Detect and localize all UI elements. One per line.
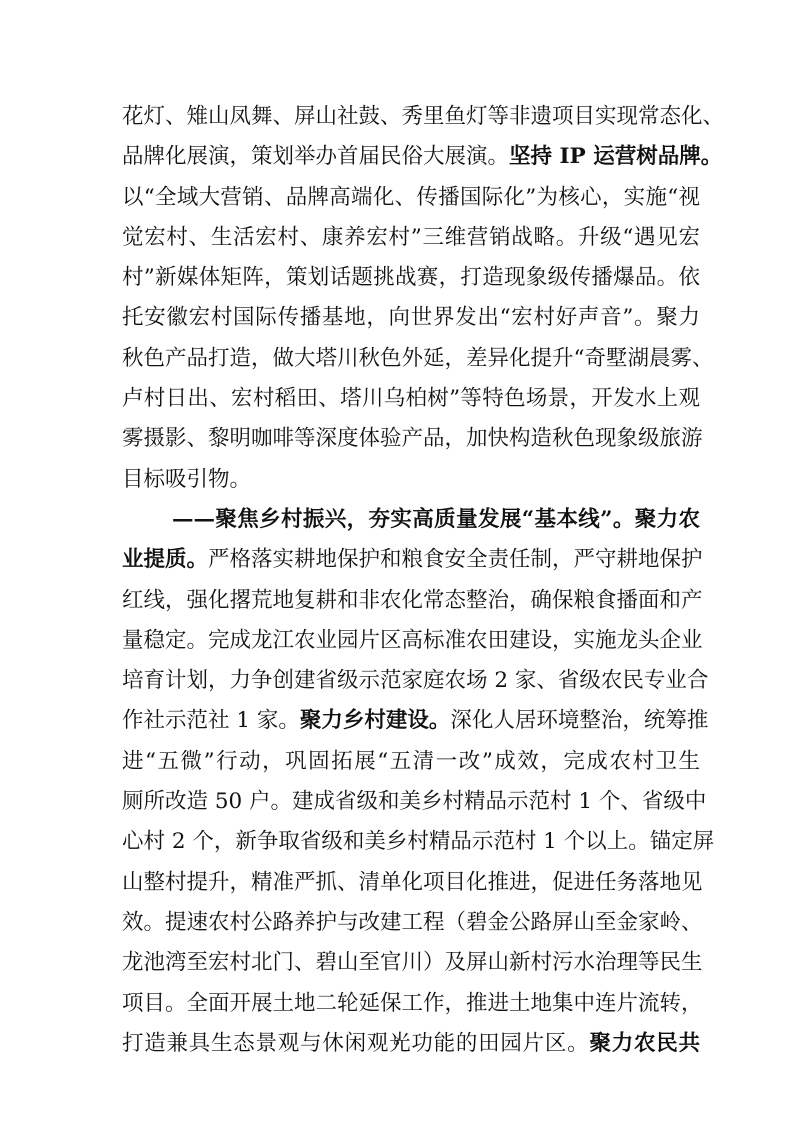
body-text: 量稳定。完成龙江农业园片区高标准农田建设，实施龙头企业 [122, 628, 703, 653]
text-line: 村”新媒体矩阵，策划话题挑战赛，打造现象级传播爆品。依 [122, 258, 700, 298]
text-line: 卢村日出、宏村稻田、塔川乌柏树”等特色场景，开发水上观 [122, 379, 700, 419]
body-text: 品牌化展演，策划举办首届民俗大展演。 [122, 144, 509, 169]
text-line: 培育计划，力争创建省级示范家庭农场 2 家、省级农民专业合 [122, 661, 700, 701]
text-line: ——聚焦乡村振兴，夯实高质量发展“基本线”。聚力农 [122, 500, 700, 540]
text-line: 厕所改造 50 户。建成省级和美乡村精品示范村 1 个、省级中 [122, 782, 700, 822]
text-line: 秋色产品打造，做大塔川秋色外延，差异化提升“奇墅湖晨雾、 [122, 339, 700, 379]
text-line: 以“全域大营销、品牌高端化、传播国际化”为核心，实施“视 [122, 178, 700, 218]
body-text: 厕所改造 50 户。建成省级和美乡村精品示范村 1 个、省级中 [122, 789, 706, 814]
body-text: 村”新媒体矩阵，策划话题挑战赛，打造现象级传播爆品。依 [122, 265, 700, 290]
text-line: 进“五微”行动，巩固拓展“五清一改”成效，完成农村卫生 [122, 742, 700, 782]
bold-heading-text: 业提质。 [122, 547, 208, 572]
text-line: 山整村提升，精准严抓、清单化项目化推进，促进任务落地见 [122, 863, 700, 903]
bold-heading-text: 坚持 IP 运营树品牌。 [509, 144, 722, 169]
document-page: 花灯、雉山凤舞、屏山社鼓、秀里鱼灯等非遗项目实现常态化、品牌化展演，策划举办首届… [0, 0, 793, 1122]
text-line: 效。提速农村公路养护与改建工程（碧金公路屏山至金家岭、 [122, 903, 700, 943]
text-line: 雾摄影、黎明咖啡等深度体验产品，加快构造秋色现象级旅游 [122, 419, 700, 459]
body-text: 严格落实耕地保护和粮食安全责任制，严守耕地保护 [208, 547, 703, 572]
body-text: 以“全域大营销、品牌高端化、传播国际化”为核心，实施“视 [122, 185, 700, 210]
text-line: 业提质。严格落实耕地保护和粮食安全责任制，严守耕地保护 [122, 540, 700, 580]
body-text: 效。提速农村公路养护与改建工程（碧金公路屏山至金家岭、 [122, 910, 703, 935]
text-line: 心村 2 个，新争取省级和美乡村精品示范村 1 个以上。锚定屏 [122, 822, 700, 862]
body-text: 托安徽宏村国际传播基地，向世界发出“宏村好声音”。聚力 [122, 305, 700, 330]
bold-heading-text: ——聚焦乡村振兴，夯实高质量发展“基本线”。聚力农 [172, 507, 700, 532]
body-text: 卢村日出、宏村稻田、塔川乌柏树”等特色场景，开发水上观 [122, 386, 700, 411]
text-line: 作社示范社 1 家。聚力乡村建设。深化人居环境整治，统筹推 [122, 701, 700, 741]
document-body: 花灯、雉山凤舞、屏山社鼓、秀里鱼灯等非遗项目实现常态化、品牌化展演，策划举办首届… [122, 97, 700, 1064]
body-text: 项目。全面开展土地二轮延保工作，推进土地集中连片流转， [122, 991, 703, 1016]
body-text: 红线，强化撂荒地复耕和非农化常态整治，确保粮食播面和产 [122, 588, 703, 613]
text-line: 目标吸引物。 [122, 460, 700, 500]
body-text: 进“五微”行动，巩固拓展“五清一改”成效，完成农村卫生 [122, 749, 700, 774]
body-text: 心村 2 个，新争取省级和美乡村精品示范村 1 个以上。锚定屏 [122, 829, 714, 854]
body-text: 雾摄影、黎明咖啡等深度体验产品，加快构造秋色现象级旅游 [122, 426, 703, 451]
body-text: 秋色产品打造，做大塔川秋色外延，差异化提升“奇墅湖晨雾、 [122, 346, 714, 371]
body-text: 作社示范社 1 家。 [122, 708, 300, 733]
body-text: 目标吸引物。 [122, 467, 251, 492]
bold-heading-text: 聚力乡村建设。 [300, 708, 451, 733]
page-number: 8 [0, 1034, 793, 1049]
text-line: 项目。全面开展土地二轮延保工作，推进土地集中连片流转， [122, 984, 700, 1024]
text-line: 托安徽宏村国际传播基地，向世界发出“宏村好声音”。聚力 [122, 298, 700, 338]
body-text: 花灯、雉山凤舞、屏山社鼓、秀里鱼灯等非遗项目实现常态化、 [122, 104, 724, 129]
text-line: 品牌化展演，策划举办首届民俗大展演。坚持 IP 运营树品牌。 [122, 137, 700, 177]
text-line: 花灯、雉山凤舞、屏山社鼓、秀里鱼灯等非遗项目实现常态化、 [122, 97, 700, 137]
body-text: 觉宏村、生活宏村、康养宏村”三维营销战略。升级“遇见宏 [122, 225, 700, 250]
body-text: 深化人居环境整治，统筹推 [450, 708, 708, 733]
text-line: 觉宏村、生活宏村、康养宏村”三维营销战略。升级“遇见宏 [122, 218, 700, 258]
text-line: 龙池湾至宏村北门、碧山至官川）及屏山新村污水治理等民生 [122, 943, 700, 983]
body-text: 山整村提升，精准严抓、清单化项目化推进，促进任务落地见 [122, 870, 703, 895]
text-line: 量稳定。完成龙江农业园片区高标准农田建设，实施龙头企业 [122, 621, 700, 661]
body-text: 培育计划，力争创建省级示范家庭农场 2 家、省级农民专业合 [122, 668, 708, 693]
text-line: 红线，强化撂荒地复耕和非农化常态整治，确保粮食播面和产 [122, 581, 700, 621]
body-text: 龙池湾至宏村北门、碧山至官川）及屏山新村污水治理等民生 [122, 950, 703, 975]
